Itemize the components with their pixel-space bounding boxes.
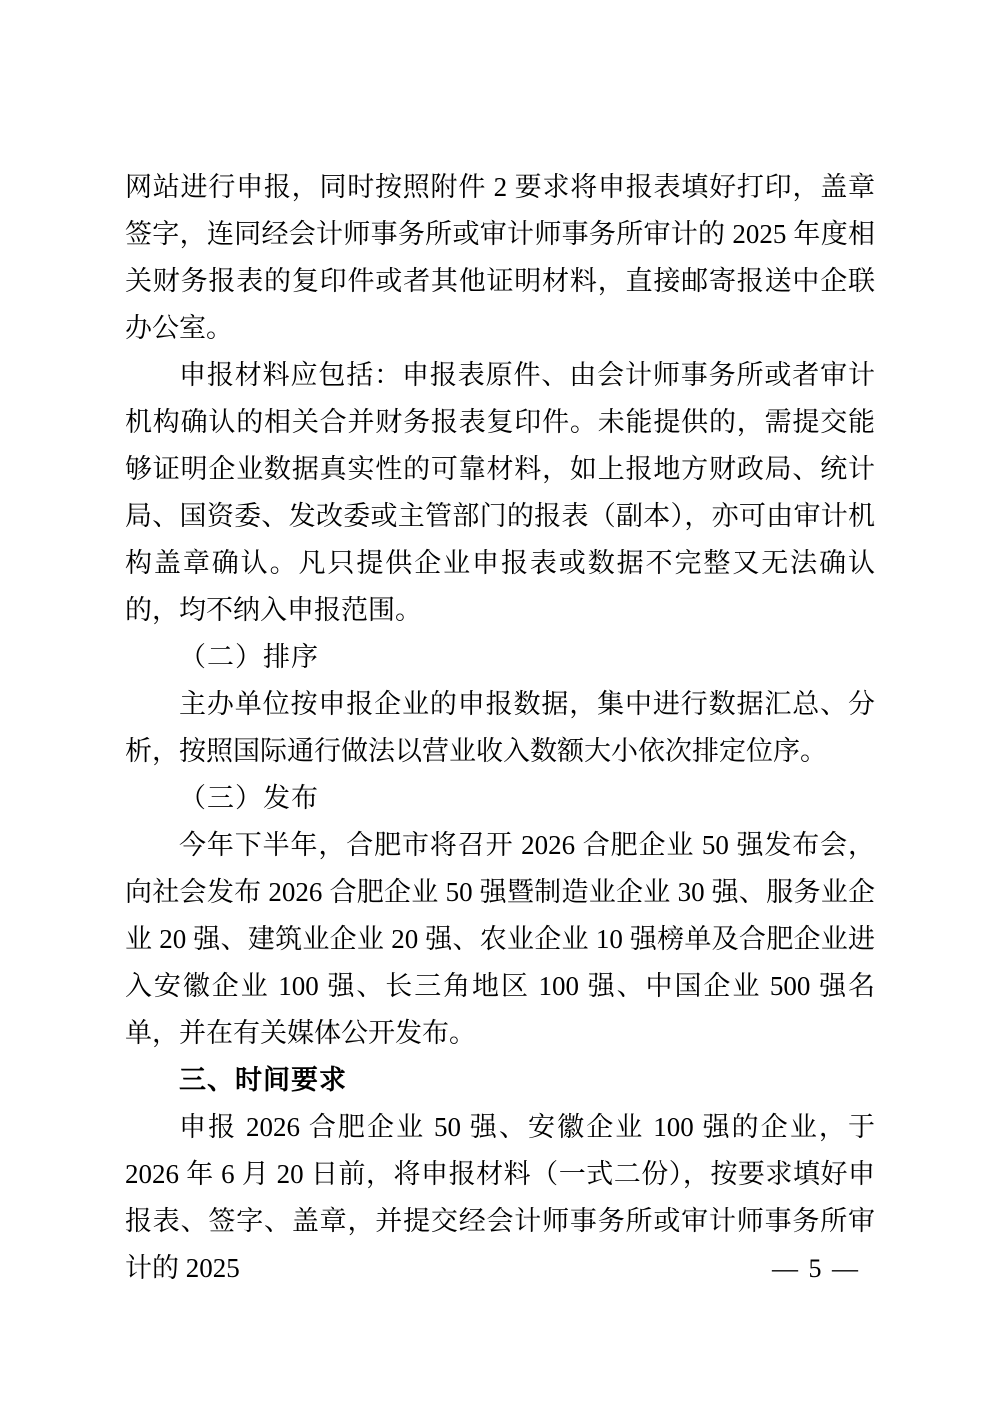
paragraph-ranking-method: 主办单位按申报企业的申报数据，集中进行数据汇总、分析，按照国际通行做法以营业收入…: [125, 681, 875, 775]
paragraph-release-plan: 今年下半年，合肥市将召开 2026 合肥企业 50 强发布会，向社会发布 202…: [125, 822, 875, 1057]
document-body: 网站进行申报，同时按照附件 2 要求将申报表填好打印，盖章签字，连同经会计师事务…: [125, 164, 875, 1292]
subsection-heading-ranking: （二）排序: [125, 634, 875, 681]
subsection-heading-release: （三）发布: [125, 775, 875, 822]
document-page: 网站进行申报，同时按照附件 2 要求将申报表填好打印，盖章签字，连同经会计师事务…: [0, 0, 1000, 1414]
paragraph-continuation: 网站进行申报，同时按照附件 2 要求将申报表填好打印，盖章签字，连同经会计师事务…: [125, 164, 875, 352]
paragraph-application-materials: 申报材料应包括：申报表原件、由会计师事务所或者审计机构确认的相关合并财务报表复印…: [125, 352, 875, 634]
paragraph-time-requirements: 申报 2026 合肥企业 50 强、安徽企业 100 强的企业，于 2026 年…: [125, 1104, 875, 1292]
section-heading-time-requirements: 三、时间要求: [125, 1057, 875, 1104]
page-number: — 5 —: [772, 1252, 860, 1286]
